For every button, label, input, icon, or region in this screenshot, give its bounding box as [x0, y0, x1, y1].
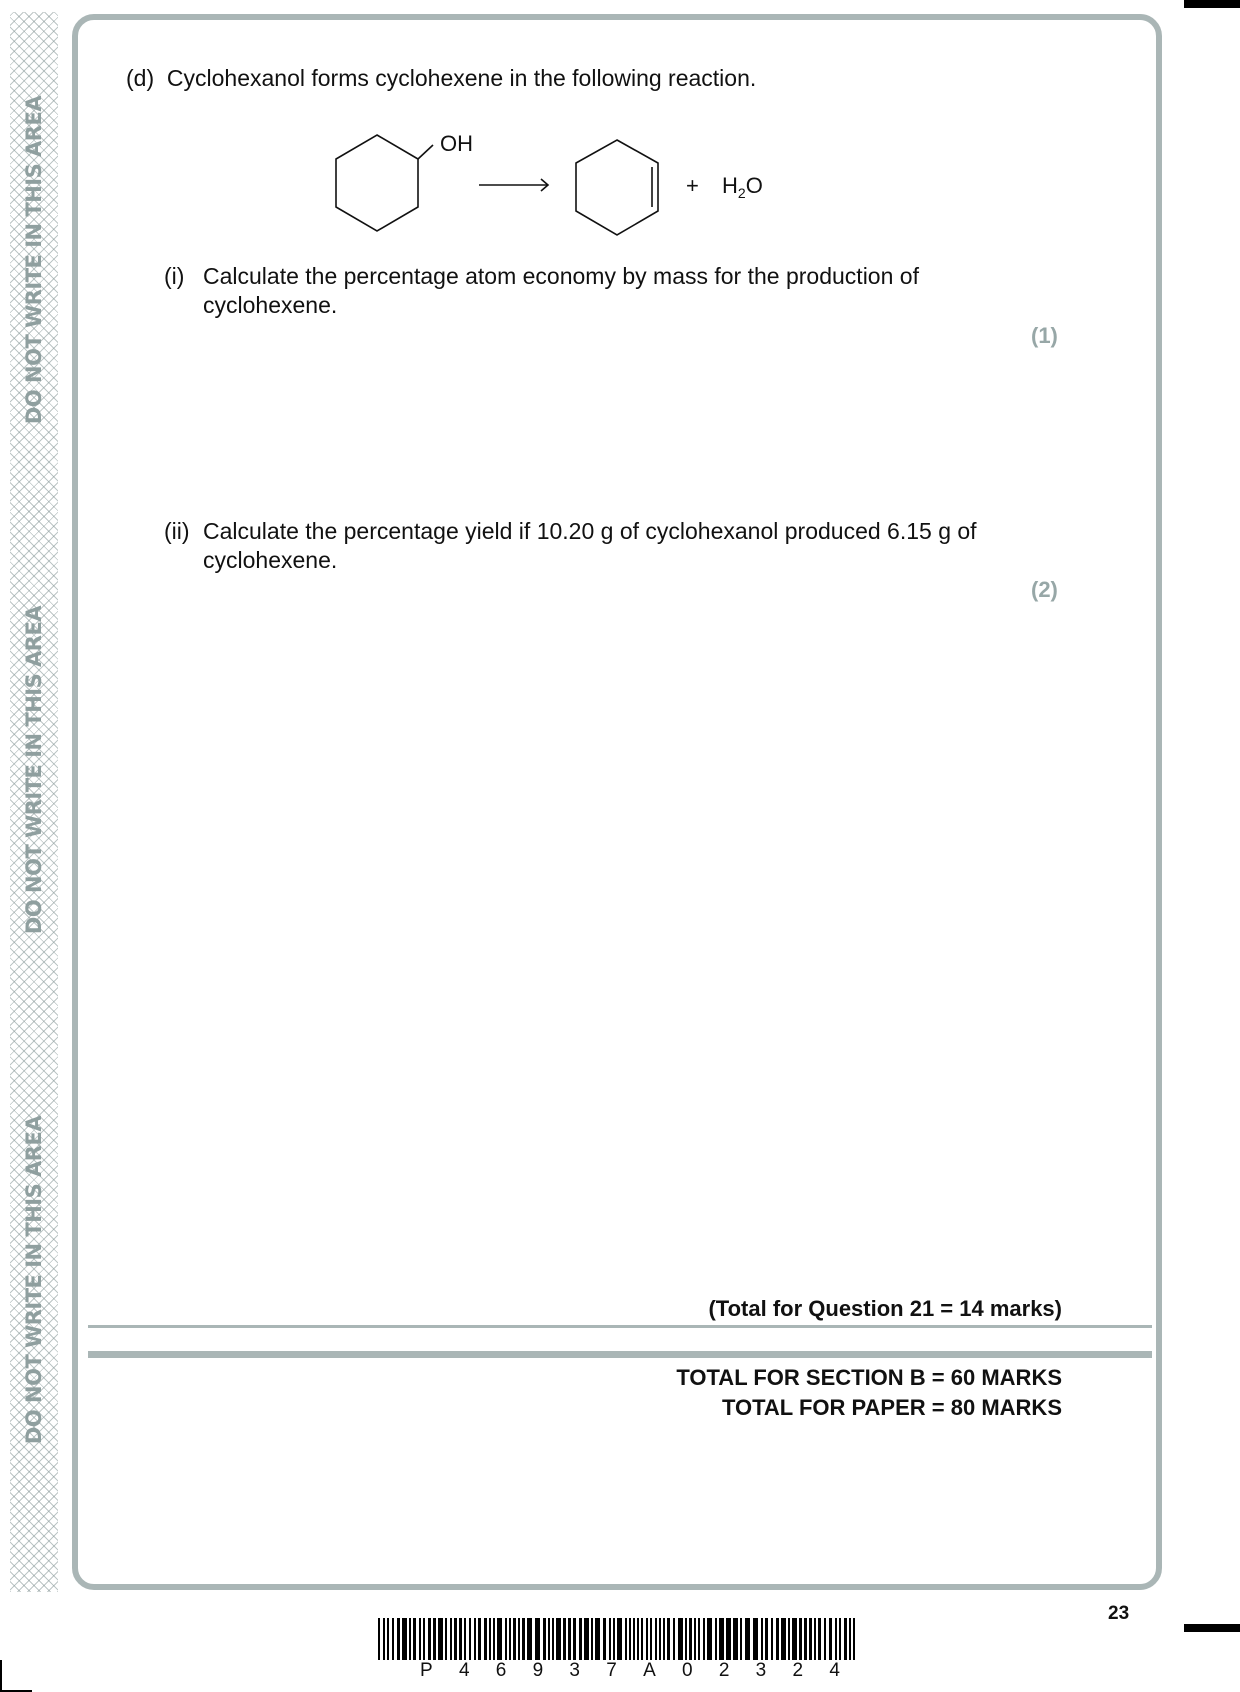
- arrow-icon: [479, 179, 548, 191]
- barcode-char: 3: [756, 1660, 767, 1682]
- part-label: (d): [126, 65, 154, 91]
- water-formula: H2O: [722, 173, 763, 201]
- intro-text: Cyclohexanol forms cyclohexene in the fo…: [167, 65, 756, 91]
- reaction-scheme: OH + H2O: [330, 125, 770, 245]
- registration-mark: [1184, 0, 1240, 8]
- barcode-char: 2: [719, 1660, 730, 1682]
- section-total: TOTAL FOR SECTION B = 60 MARKS: [676, 1365, 1062, 1391]
- barcode-char: 6: [496, 1660, 507, 1682]
- question-intro: (d) Cyclohexanol forms cyclohexene in th…: [126, 64, 756, 93]
- cyclohexene-structure: [576, 140, 658, 235]
- subpart-i-label: (i): [164, 262, 184, 291]
- barcode-text: P46937A02324: [420, 1660, 840, 1682]
- subpart-ii-line1: Calculate the percentage yield if 10.20 …: [203, 517, 977, 546]
- barcode-char: 4: [459, 1660, 470, 1682]
- margin-warning: DO NOT WRITE IN THIS AREA: [14, 70, 54, 450]
- barcode-char: A: [643, 1660, 656, 1682]
- divider: [88, 1351, 1152, 1358]
- barcode-char: 9: [533, 1660, 544, 1682]
- subpart-ii-line2: cyclohexene.: [203, 546, 337, 575]
- plus-sign: +: [686, 173, 699, 198]
- question-total: (Total for Question 21 = 14 marks): [708, 1296, 1062, 1322]
- page-number: 23: [1108, 1603, 1129, 1625]
- barcode-char: P: [420, 1660, 433, 1682]
- barcode-char: 4: [829, 1660, 840, 1682]
- barcode-char: 2: [793, 1660, 804, 1682]
- subpart-i-line1: Calculate the percentage atom economy by…: [203, 262, 919, 291]
- barcode: [378, 1618, 858, 1660]
- marks-badge: (1): [1031, 323, 1058, 349]
- divider: [88, 1325, 1152, 1328]
- margin-warning: DO NOT WRITE IN THIS AREA: [14, 1090, 54, 1470]
- margin-warning: DO NOT WRITE IN THIS AREA: [14, 580, 54, 960]
- barcode-char: 0: [682, 1660, 693, 1682]
- registration-mark: [1184, 1624, 1240, 1632]
- cyclohexanol-structure: [336, 135, 433, 231]
- paper-total: TOTAL FOR PAPER = 80 MARKS: [722, 1395, 1062, 1421]
- barcode-char: 3: [569, 1660, 580, 1682]
- oh-group: OH: [440, 131, 473, 156]
- barcode-char: 7: [606, 1660, 617, 1682]
- subpart-i-line2: cyclohexene.: [203, 291, 337, 320]
- crop-mark: [0, 1660, 32, 1692]
- marks-badge: (2): [1031, 577, 1058, 603]
- subpart-ii-label: (ii): [164, 517, 190, 546]
